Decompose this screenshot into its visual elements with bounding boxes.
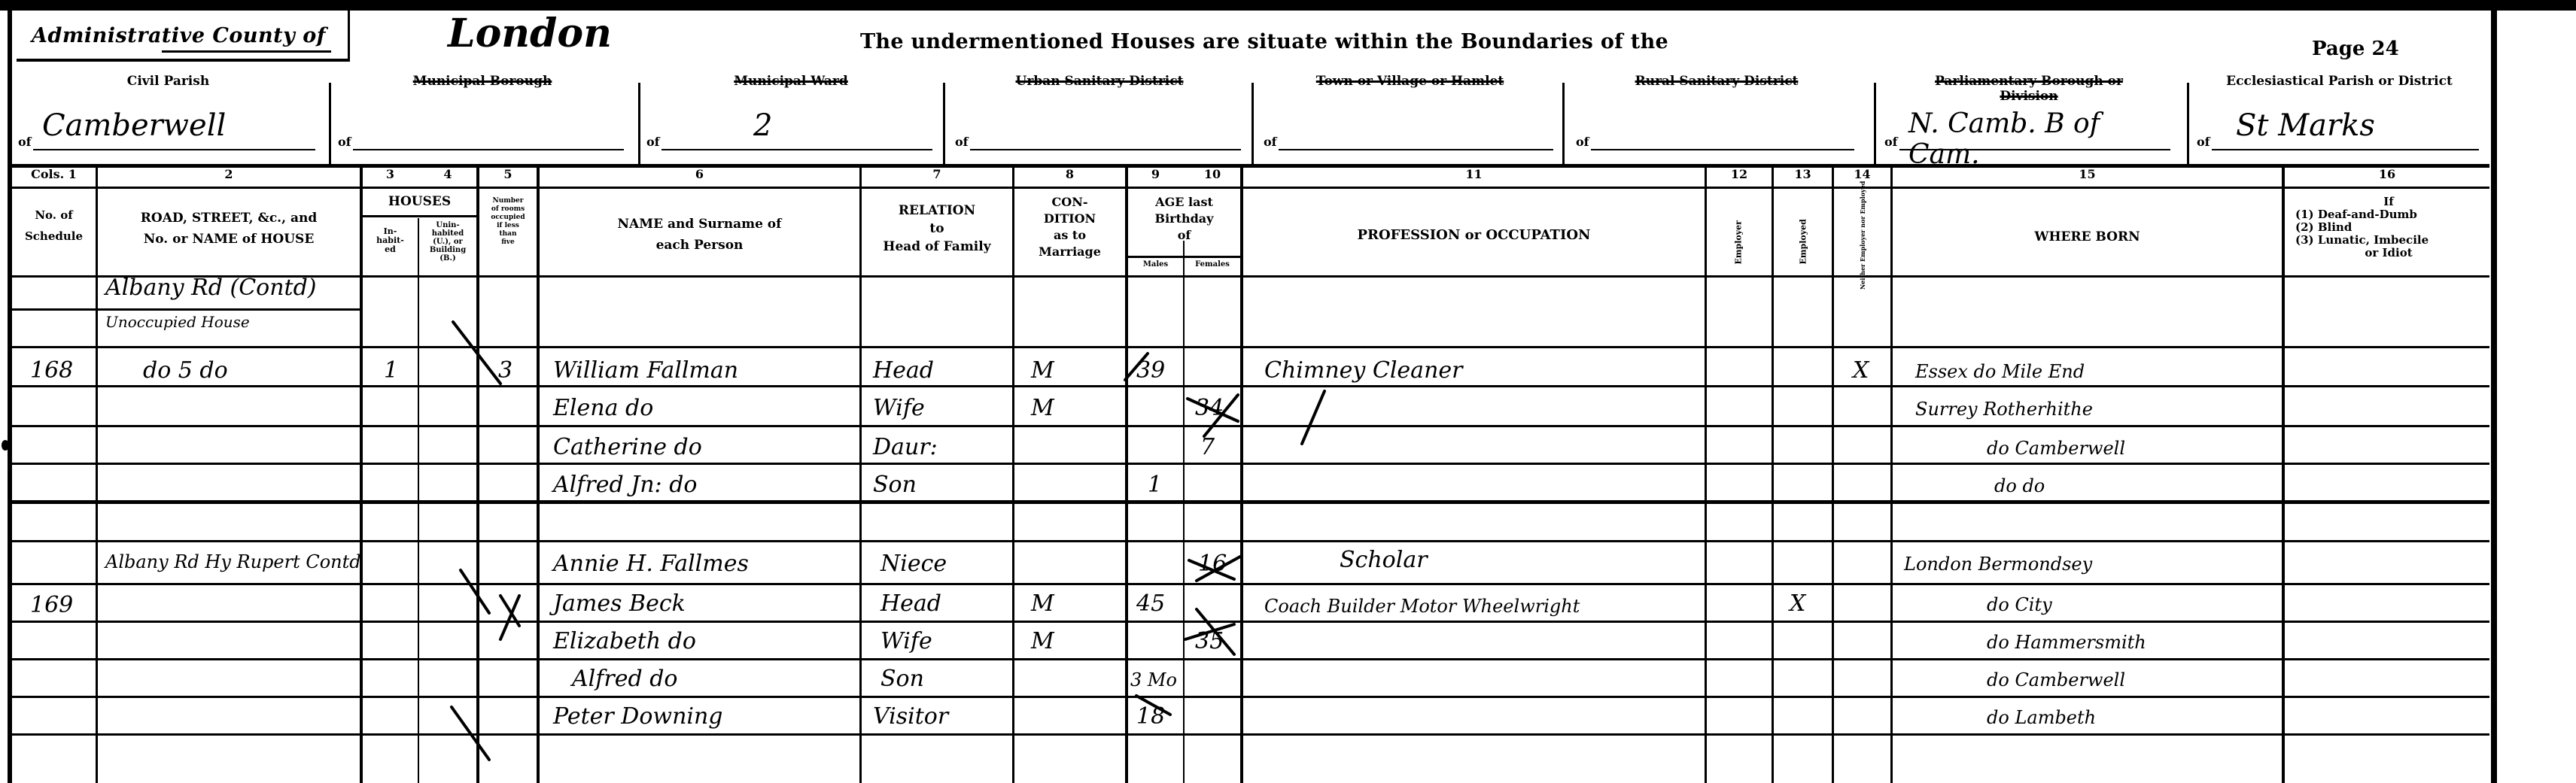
enumerator-marks: [0, 0, 2576, 783]
